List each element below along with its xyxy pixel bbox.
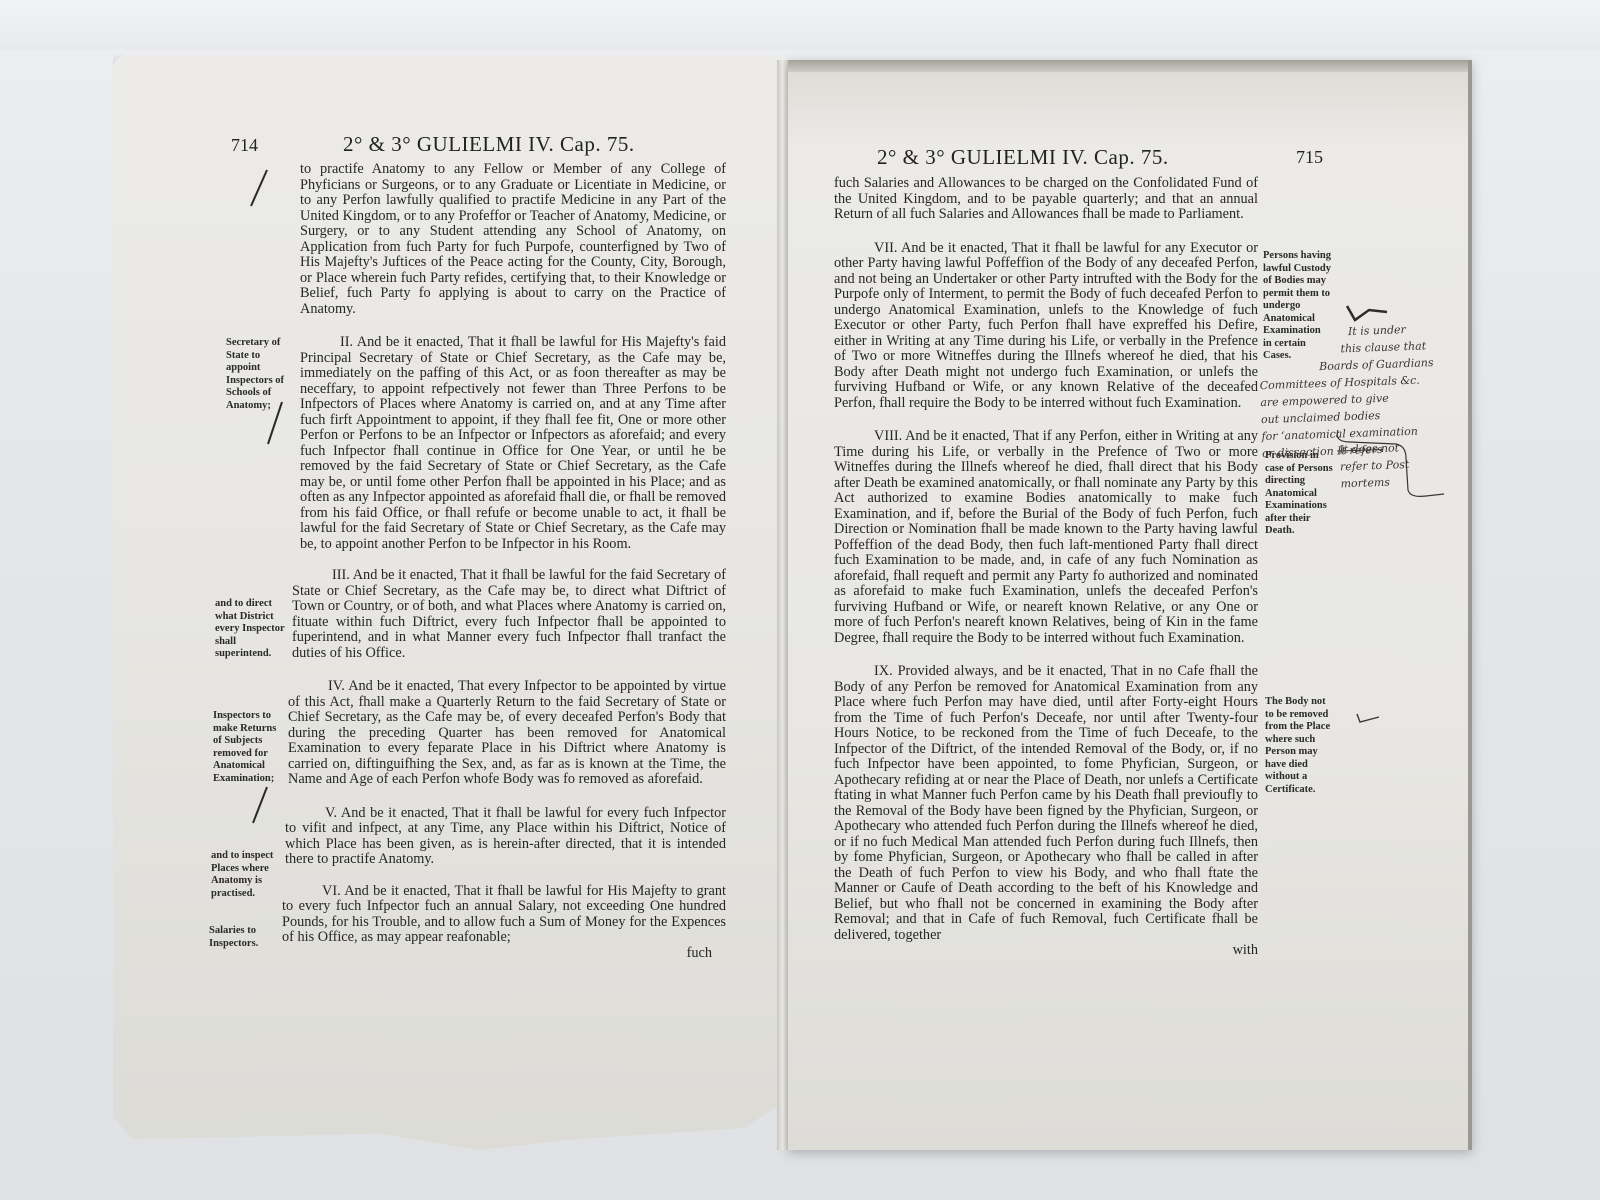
paragraph-continuation: fuch Salaries and Allowances to be charg… (834, 176, 1258, 223)
sidenote-VIII: Provision in case of Persons directing A… (1265, 450, 1333, 538)
right-catchword: with (834, 943, 1258, 959)
section-VII: VII. And be it enacted, That it fhall be… (834, 241, 1258, 412)
section-VI: VI. And be it enacted, That it fhall be … (282, 884, 726, 946)
section-VIII: VIII. And be it enacted, That if any Per… (834, 429, 1258, 646)
sidenote-VI: Salaries to Inspectors. (209, 925, 277, 950)
sidenote-IX: The Body not to be removed from the Plac… (1265, 696, 1335, 796)
left-page-body: to practife Anatomy to any Fellow or Mem… (300, 162, 726, 961)
right-running-head: 2° & 3° GULIELMI IV. Cap. 75. (877, 145, 1169, 170)
section-IX: IX. Provided always, and be it enacted, … (834, 664, 1258, 943)
pen-slash-mark (247, 785, 277, 830)
sidenote-III: and to direct what District every Inspec… (215, 598, 287, 661)
left-running-head: 2° & 3° GULIELMI IV. Cap. 75. (343, 132, 635, 157)
section-III: III. And be it enacted, That it fhall be… (292, 568, 726, 661)
sidenote-II: Secretary of State to appoint Inspectors… (226, 337, 296, 412)
bracket-mark (1336, 428, 1446, 518)
sidenote-IV: Inspectors to make Returns of Subjects r… (213, 710, 285, 785)
table-surface (0, 0, 1600, 50)
section-IV: IV. And be it enacted, That every Infpec… (288, 679, 726, 788)
right-page-body: fuch Salaries and Allowances to be charg… (834, 176, 1258, 959)
section-V: V. And be it enacted, That it fhall be l… (285, 806, 726, 868)
sidenote-V: and to inspect Places where Anatomy is p… (211, 850, 279, 900)
section-II: II. And be it enacted, That it fhall be … (300, 335, 726, 552)
paragraph-continuation: to practife Anatomy to any Fellow or Mem… (300, 162, 726, 317)
left-page-number: 714 (231, 135, 258, 156)
pen-slash-mark (245, 168, 275, 213)
left-catchword: fuch (300, 946, 712, 962)
page-gutter (777, 60, 788, 1150)
tick-mark (1355, 712, 1385, 727)
right-page-number: 715 (1296, 147, 1323, 168)
